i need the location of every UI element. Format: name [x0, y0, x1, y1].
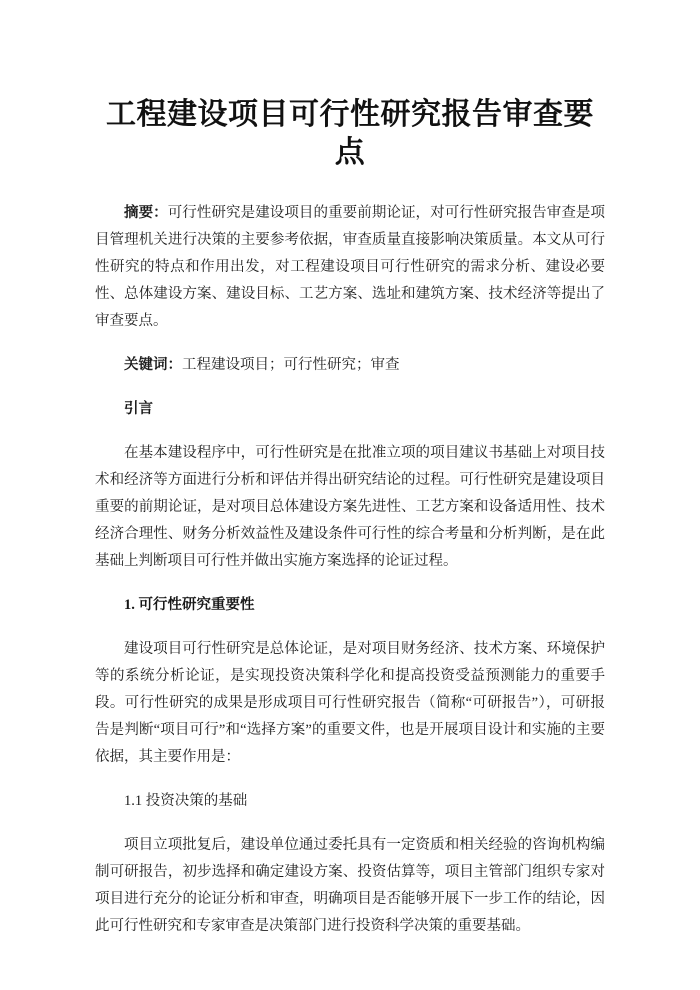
abstract-paragraph: 摘要：可行性研究是建设项目的重要前期论证，对可行性研究报告审查是项目管理机关进行…: [95, 200, 605, 335]
intro-paragraph: 在基本建设程序中，可行性研究是在批准立项的项目建议书基础上对项目技术和经济等方面…: [95, 440, 605, 575]
abstract-label: 摘要：: [124, 205, 168, 221]
section-1-paragraph: 建设项目可行性研究是总体论证，是对项目财务经济、技术方案、环境保护等的系统分析论…: [95, 636, 605, 771]
keywords-text: 工程建设项目；可行性研究；审查: [182, 357, 400, 373]
intro-heading: 引言: [95, 396, 605, 423]
section-1-1-paragraph: 项目立项批复后，建设单位通过委托具有一定资质和相关经验的咨询机构编制可研报告，初…: [95, 832, 605, 940]
keywords-label: 关键词：: [124, 357, 182, 373]
keywords-paragraph: 关键词：工程建设项目；可行性研究；审查: [95, 352, 605, 379]
document-page: 工程建设项目可行性研究报告审查要点 摘要：可行性研究是建设项目的重要前期论证，对…: [0, 0, 700, 990]
section-1-1-heading: 1.1 投资决策的基础: [95, 788, 605, 815]
doc-title: 工程建设项目可行性研究报告审查要点: [95, 96, 605, 172]
section-1-heading: 1. 可行性研究重要性: [95, 592, 605, 619]
abstract-text: 可行性研究是建设项目的重要前期论证，对可行性研究报告审查是项目管理机关进行决策的…: [95, 205, 605, 329]
